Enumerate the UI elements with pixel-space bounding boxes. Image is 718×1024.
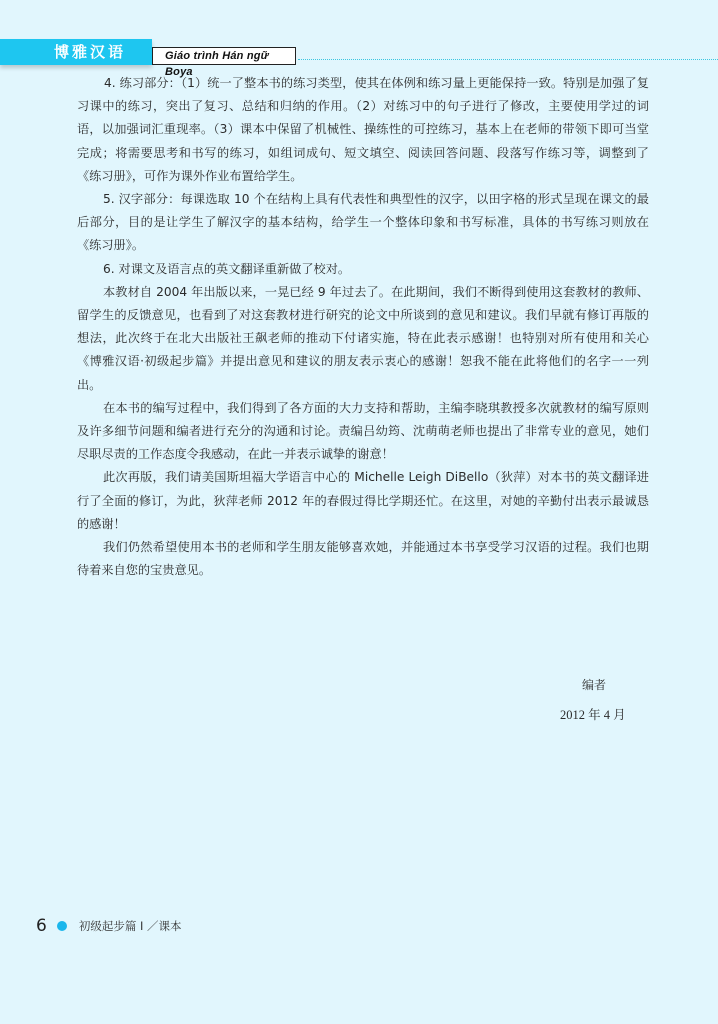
paragraph-history: 本教材自 2004 年出版以来，一晃已经 9 年过去了。在此期间，我们不断得到使…	[77, 281, 649, 397]
paragraph-acknowledgements: 在本书的编写过程中，我们得到了各方面的大力支持和帮助，主编李晓琪教授多次就教材的…	[77, 397, 649, 467]
page-number: 6	[36, 916, 47, 936]
header-subtitle: Giáo trình Hán ngữ Boya	[152, 47, 296, 65]
header-brand-band: 博雅汉语	[0, 39, 152, 65]
paragraph-translation: 6. 对课文及语言点的英文翻译重新做了校对。	[77, 258, 649, 281]
paragraph-closing: 我们仍然希望使用本书的老师和学生朋友能够喜欢她，并能通过本书享受学习汉语的过程。…	[77, 536, 649, 582]
header-dotted-rule	[298, 59, 718, 60]
signature-author: 编者	[582, 676, 606, 693]
signature-date: 2012 年 4 月	[560, 705, 626, 723]
paragraph-characters: 5. 汉字部分：每课选取 10 个在结构上具有代表性和典型性的汉字，以田字格的形…	[77, 188, 649, 258]
bullet-dot-icon	[57, 921, 67, 931]
paragraph-translator-thanks: 此次再版，我们请美国斯坦福大学语言中心的 Michelle Leigh DiBe…	[77, 466, 649, 536]
brand-title: 博雅汉语	[54, 42, 126, 62]
page-footer: 6 初级起步篇 I ／课本	[36, 916, 182, 936]
paragraph-exercises: 4. 练习部分：（1）统一了整本书的练习类型，使其在体例和练习量上更能保持一致。…	[77, 72, 649, 188]
footer-book-title: 初级起步篇 I ／课本	[79, 916, 182, 936]
preface-body: 4. 练习部分：（1）统一了整本书的练习类型，使其在体例和练习量上更能保持一致。…	[77, 72, 649, 582]
